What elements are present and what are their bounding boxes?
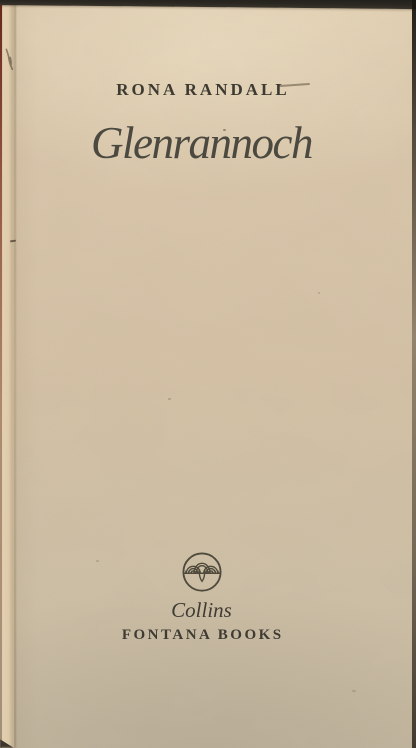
book-title: Glenrannoch	[0, 117, 403, 169]
fontana-fountain-icon	[181, 550, 223, 593]
author-name: RONA RANDALL	[0, 80, 403, 100]
publisher-logo	[0, 550, 403, 593]
title-page-content: RONA RANDALL Glenrannoch	[0, 0, 403, 748]
publisher-imprint: Collins	[0, 598, 403, 623]
page-right-dark-edge	[412, 0, 416, 748]
book-title-page-photo: RONA RANDALL Glenrannoch	[0, 0, 416, 748]
publisher-series: FONTANA BOOKS	[0, 627, 403, 644]
